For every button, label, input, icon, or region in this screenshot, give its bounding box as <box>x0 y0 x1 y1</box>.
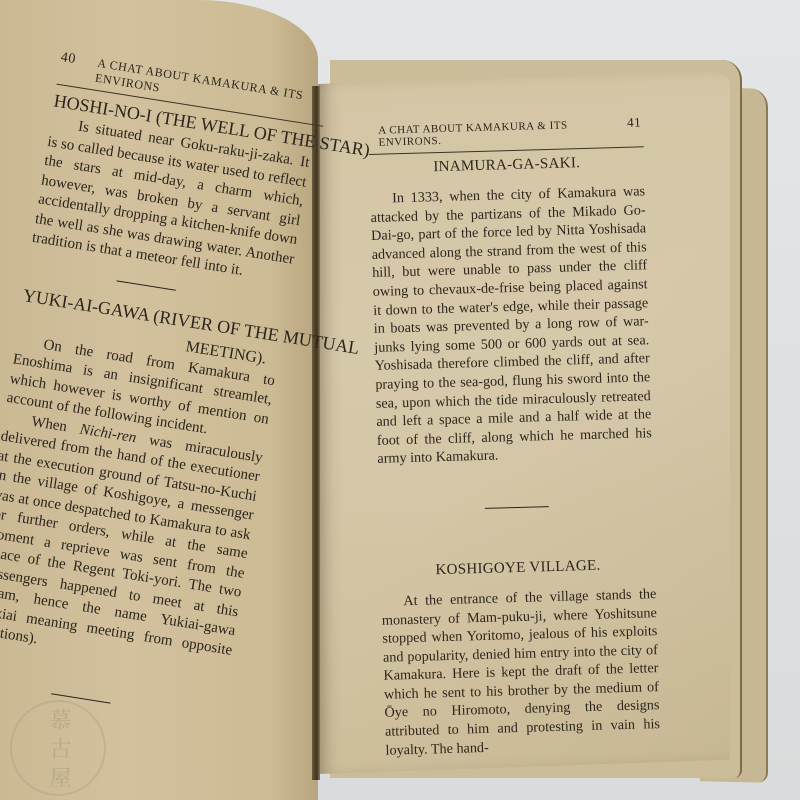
section-paragraph: At the entrance of the village stands th… <box>381 585 661 760</box>
section-paragraph: In 1333, when the city of Kamakura was a… <box>370 182 653 468</box>
running-head-title: A Chat About Kamakura & Its Environs. <box>378 118 628 149</box>
section-divider <box>484 506 548 509</box>
seller-watermark-stamp: 慕 古 屋 <box>10 700 106 796</box>
section-divider <box>117 280 176 290</box>
running-header-right: A Chat About Kamakura & Its Environs. 41 <box>368 114 644 155</box>
section-heading: KOSHIGOYE VILLAGE. <box>380 556 655 581</box>
paragraph-text: At the entrance of the village stands th… <box>382 586 660 758</box>
watermark-text: 慕 古 屋 <box>46 708 70 788</box>
book-photo: 40 A Chat About Kamakura & Its Environs … <box>0 0 800 800</box>
page-number: 40 <box>59 50 77 68</box>
page-number: 41 <box>627 114 641 130</box>
right-page-content: A Chat About Kamakura & Its Environs. 41… <box>368 114 661 760</box>
paragraph-text: In 1333, when the city of Kamakura was a… <box>370 183 652 467</box>
section-paragraph: When Nichi-ren was miraculously delivere… <box>0 408 264 680</box>
section-heading: INAMURA-GA-SAKI. <box>369 153 644 178</box>
paragraph-text: was miraculously delivered from the hand… <box>0 428 264 658</box>
